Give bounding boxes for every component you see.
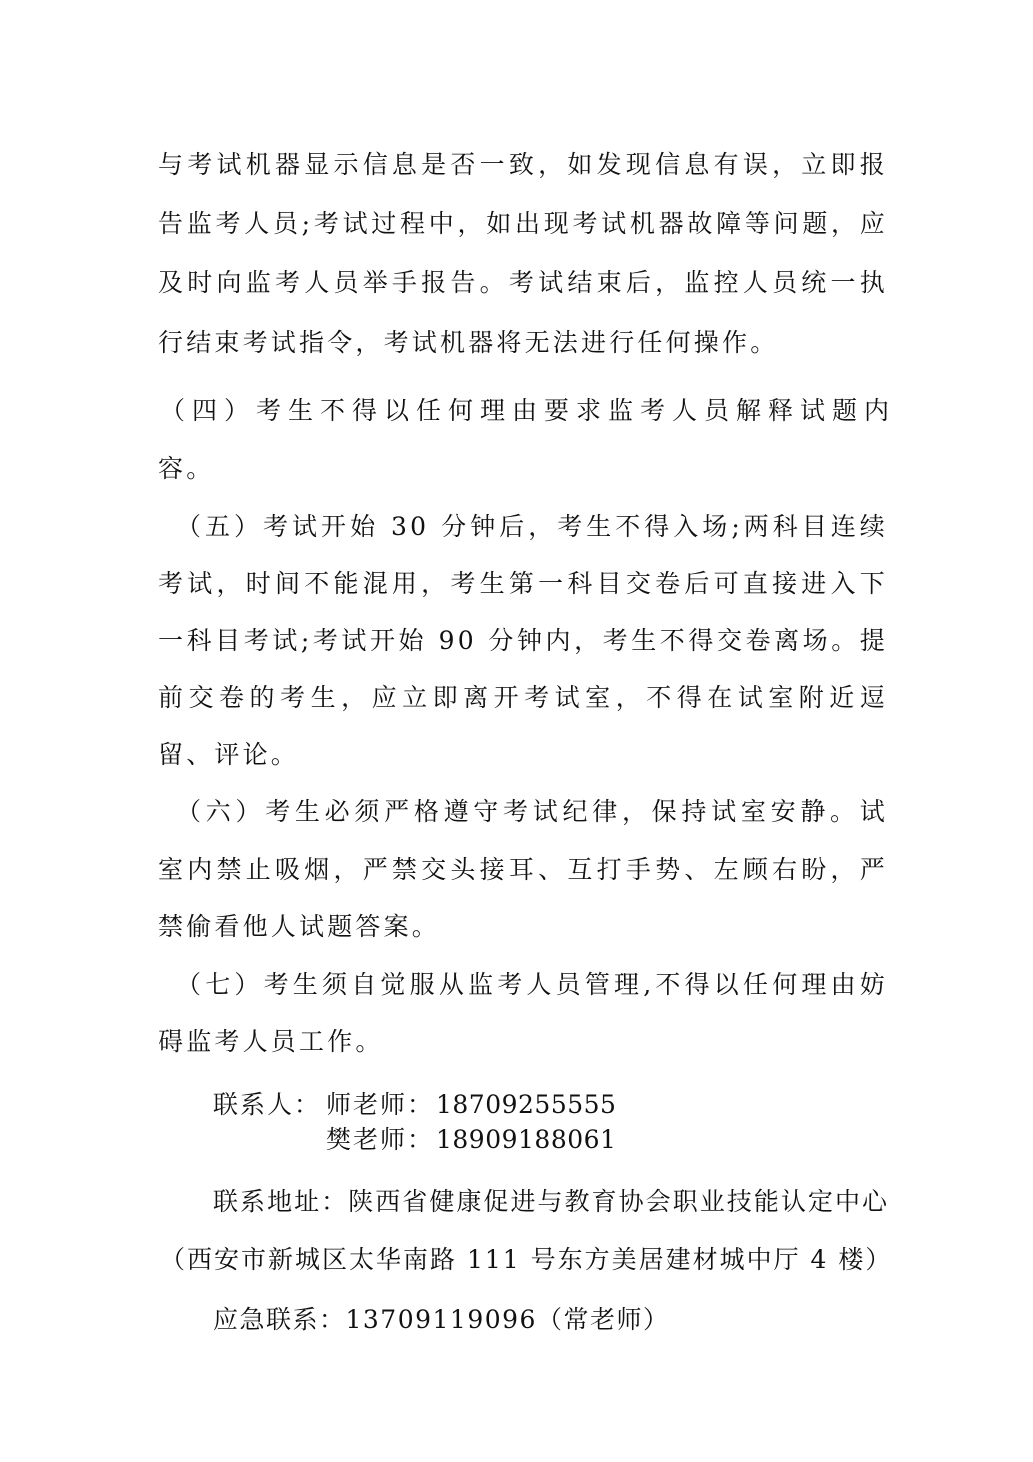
text-line: 留、评论。 xyxy=(158,738,888,772)
contact-label: 联系人： xyxy=(213,1088,321,1122)
contact-name: 樊老师： xyxy=(326,1123,434,1157)
document-page: 与考试机器显示信息是否一致，如发现信息有误，立即报 告监考人员;考试过程中，如出… xyxy=(0,0,1033,1462)
text-line: （四）考生不得以任何理由要求监考人员解释试题内 xyxy=(160,394,888,428)
emergency-contact: 应急联系：13709119096（常老师） xyxy=(213,1303,669,1337)
text-line: 碍监考人员工作。 xyxy=(158,1025,888,1059)
contact-name: 师老师： xyxy=(326,1088,434,1122)
address-line: （西安市新城区太华南路 111 号东方美居建材城中厅 4 楼） xyxy=(160,1243,890,1277)
text-line: （六）考生必须严格遵守考试纪律，保持试室安静。试 xyxy=(176,795,888,829)
text-line: 及时向监考人员举手报告。考试结束后，监控人员统一执 xyxy=(158,266,888,300)
text-line: 行结束考试指令，考试机器将无法进行任何操作。 xyxy=(158,326,888,360)
text-line: 禁偷看他人试题答案。 xyxy=(158,910,888,944)
text-line: 告监考人员;考试过程中，如出现考试机器故障等问题，应 xyxy=(158,207,888,241)
text-line: 室内禁止吸烟，严禁交头接耳、互打手势、左顾右盼，严 xyxy=(158,853,888,887)
address-line: 联系地址：陕西省健康促进与教育协会职业技能认定中心 xyxy=(213,1185,889,1219)
contact-phone: 18709255555 xyxy=(436,1088,616,1122)
text-line: （五）考试开始 30 分钟后，考生不得入场;两科目连续 xyxy=(176,510,888,544)
text-line: （七）考生须自觉服从监考人员管理,不得以任何理由妨 xyxy=(176,968,888,1002)
text-line: 与考试机器显示信息是否一致，如发现信息有误，立即报 xyxy=(158,148,888,182)
text-line: 一科目考试;考试开始 90 分钟内，考生不得交卷离场。提 xyxy=(158,624,888,658)
contact-phone: 18909188061 xyxy=(436,1123,616,1157)
text-line: 前交卷的考生，应立即离开考试室，不得在试室附近逗 xyxy=(158,681,888,715)
text-line: 考试，时间不能混用，考生第一科目交卷后可直接进入下 xyxy=(158,567,888,601)
text-line: 容。 xyxy=(158,452,888,486)
